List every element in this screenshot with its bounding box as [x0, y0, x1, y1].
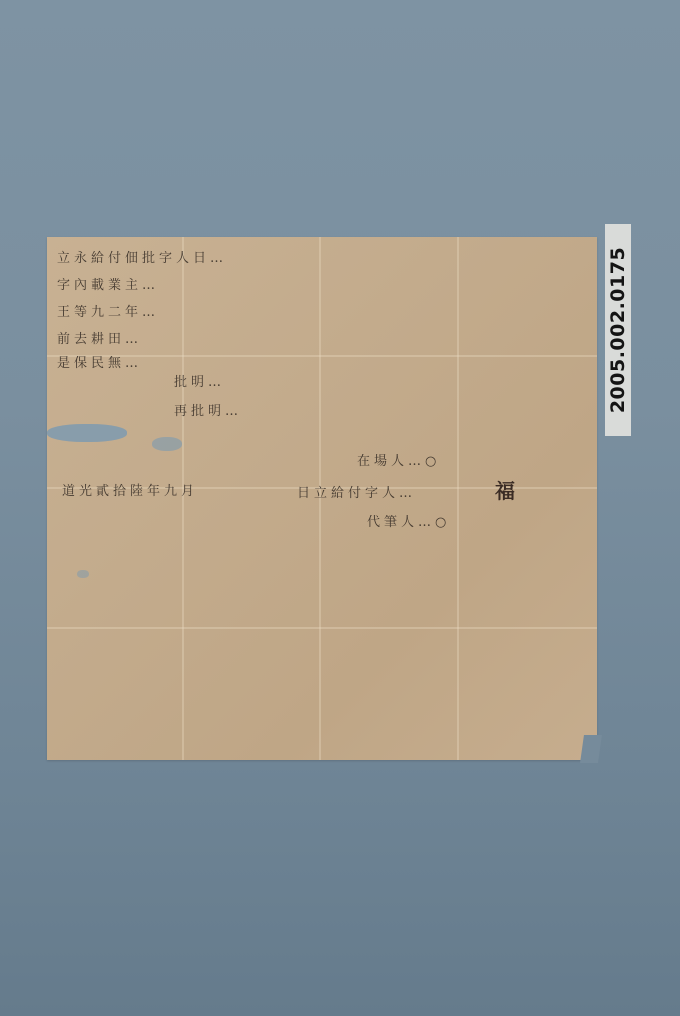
- fold-line: [47, 627, 597, 629]
- accession-number-label: 2005.002.0175: [605, 224, 631, 436]
- body-line: 立永給付佃批字人日…: [57, 247, 227, 266]
- body-line: 王等九二年…: [57, 301, 159, 320]
- torn-corner: [580, 735, 602, 763]
- note-line: 批明…: [174, 371, 225, 390]
- water-stain: [47, 424, 127, 442]
- signature-mark: 福: [495, 475, 515, 504]
- body-line: 是保民無…: [57, 352, 142, 371]
- signatory-line: 代筆人…○: [367, 511, 450, 530]
- signatory-line: 在場人…○: [357, 450, 440, 469]
- document-paper: 立永給付佃批字人日… 字內載業主… 王等九二年… 前去耕田… 是保民無… 批明……: [47, 237, 597, 760]
- fold-line: [457, 237, 459, 760]
- body-line: 字內載業主…: [57, 274, 159, 293]
- note-line: 再批明…: [174, 400, 242, 419]
- date-line: 道光貳拾陸年九月: [62, 480, 198, 499]
- water-stain: [77, 570, 89, 578]
- accession-number: 2005.002.0175: [607, 247, 629, 413]
- signatory-line: 日立給付字人…: [297, 482, 416, 501]
- water-stain: [152, 437, 182, 451]
- body-line: 前去耕田…: [57, 328, 142, 347]
